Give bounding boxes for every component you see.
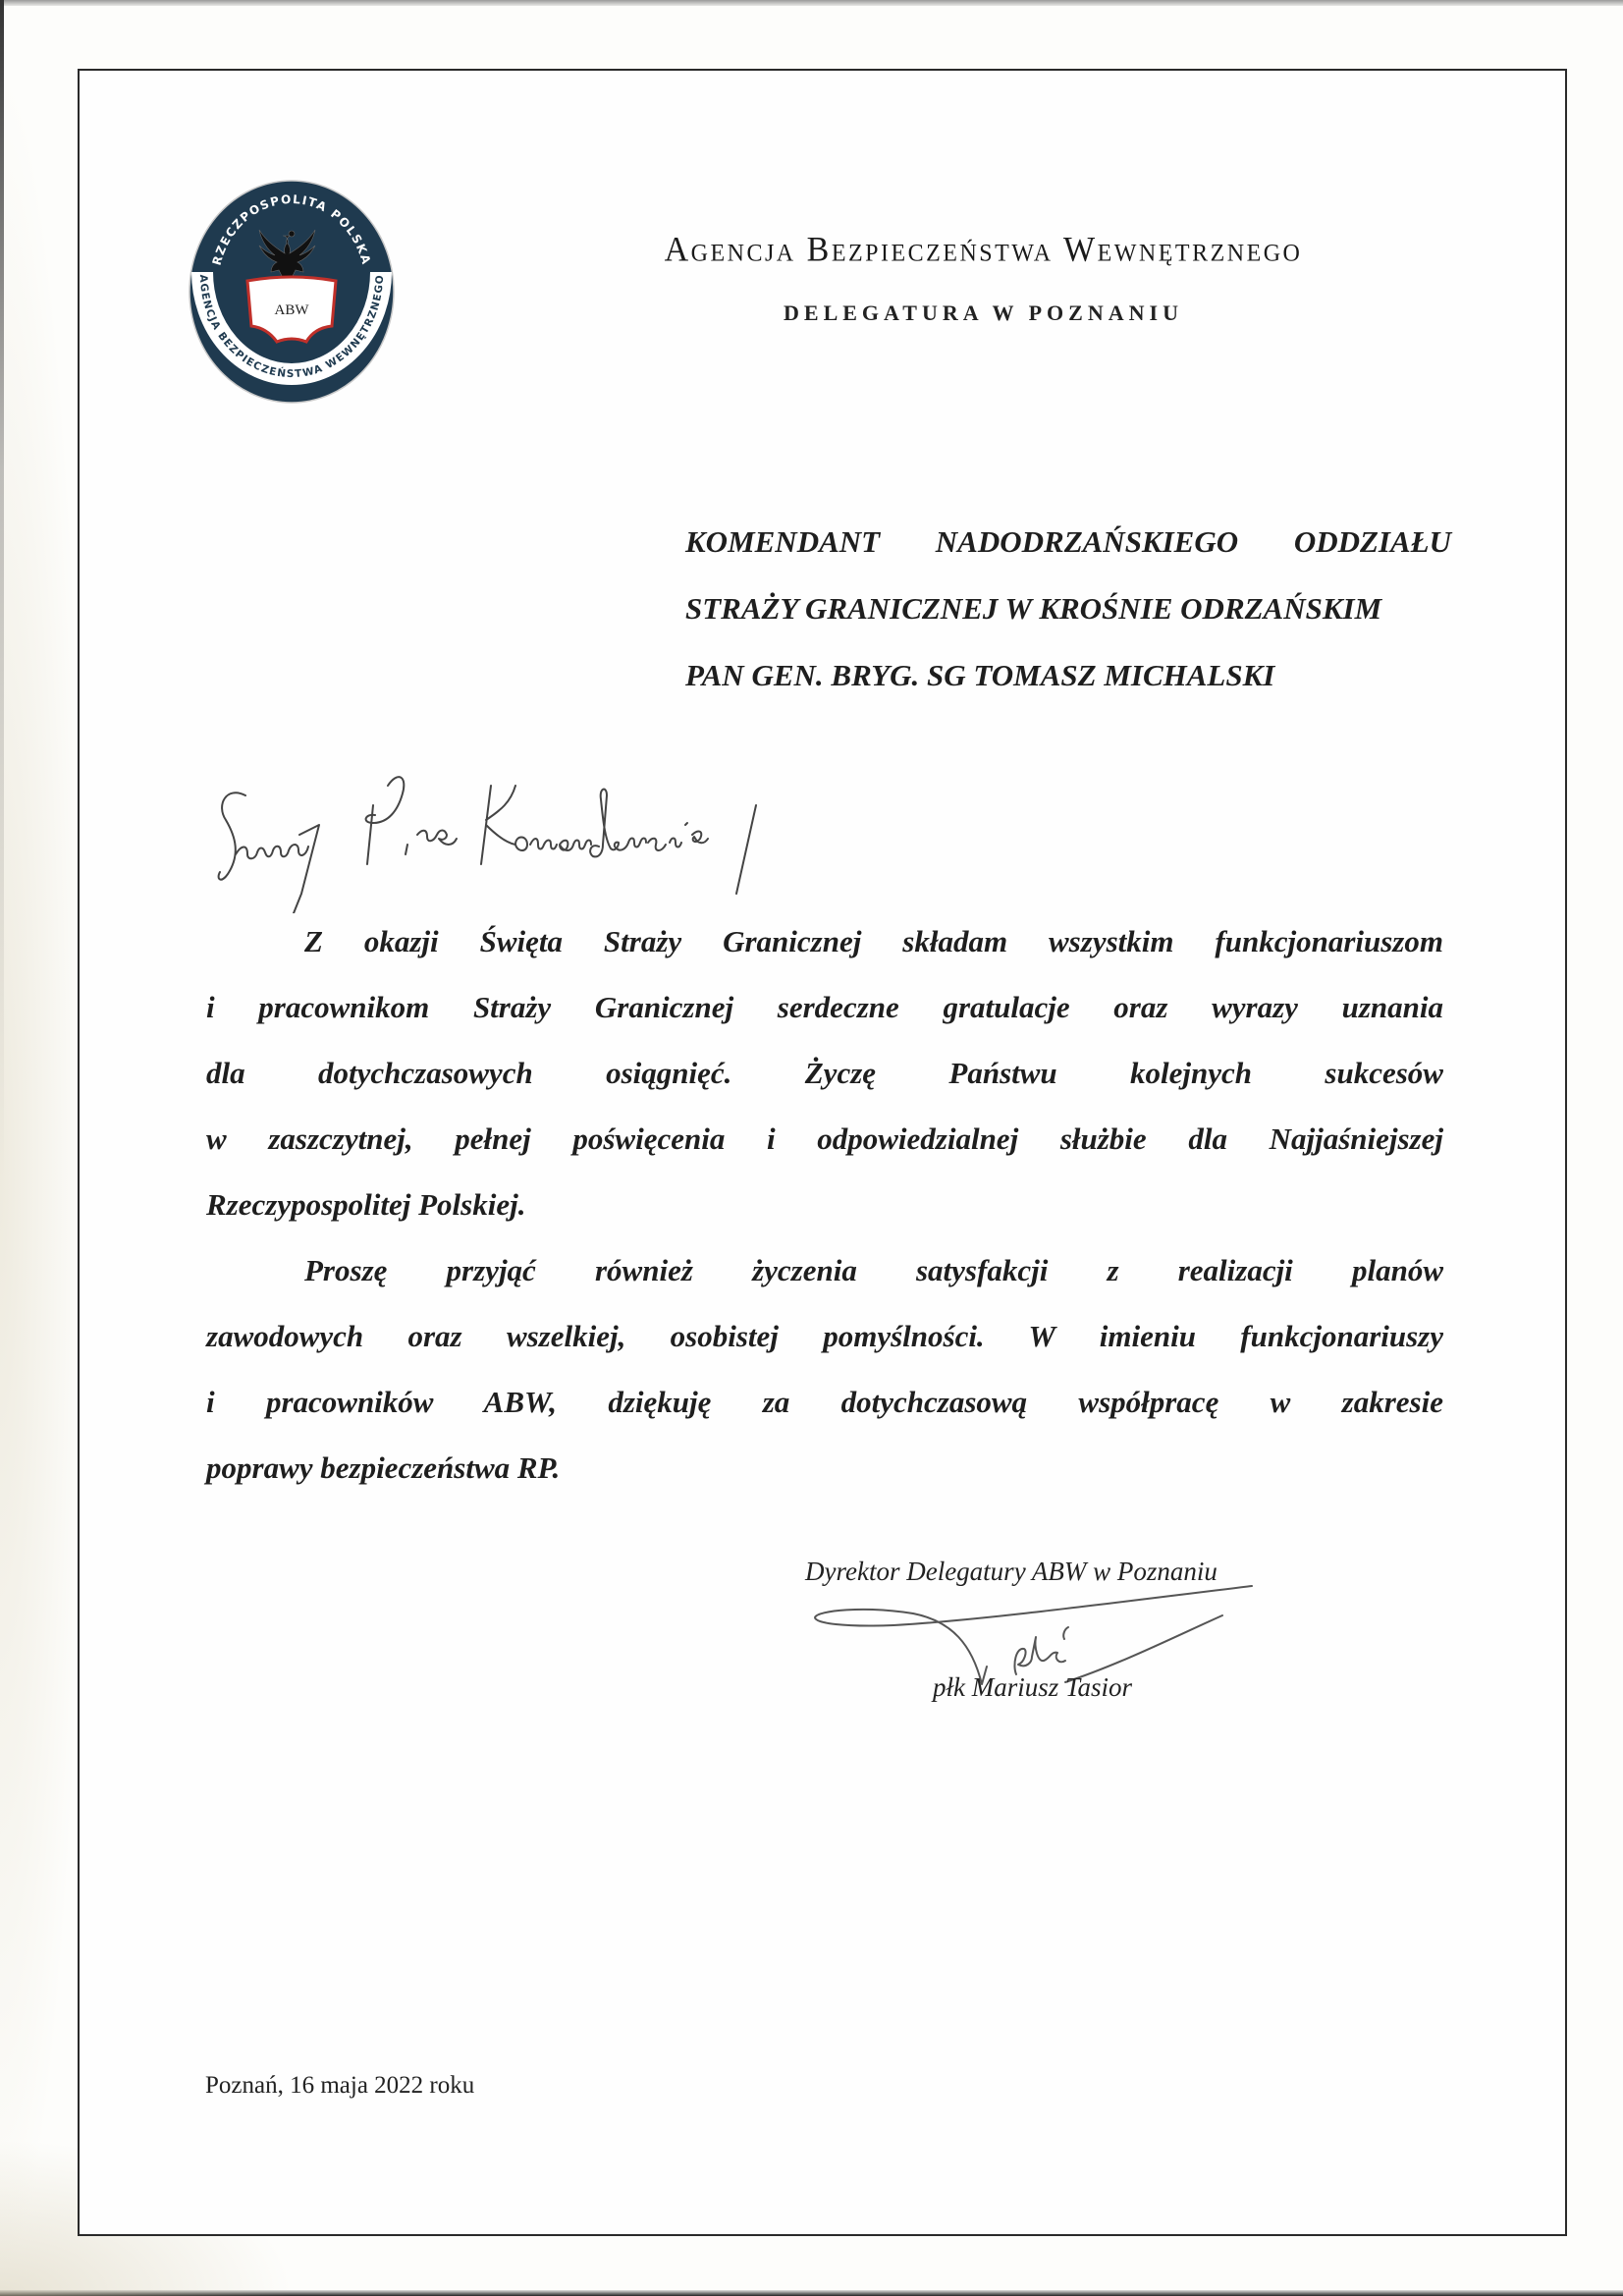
body-line: Proszę przyjąć również życzenia satysfak… [206, 1237, 1443, 1303]
paragraph-2: Proszę przyjąć również życzenia satysfak… [206, 1237, 1443, 1501]
body-line: i pracownikom Straży Granicznej serdeczn… [206, 974, 1443, 1040]
scan-edge [0, 0, 1623, 6]
body-line: Rzeczypospolitej Polskiej. [206, 1172, 1443, 1237]
body-line: dla dotychczasowych osiągnięć. Życzę Pań… [206, 1040, 1443, 1106]
body-line: poprawy bezpieczeństwa RP. [206, 1435, 1443, 1501]
letter-body: Z okazji Święta Straży Granicznej składa… [206, 908, 1443, 1501]
addressee-block: KOMENDANT NADODRZAŃSKIEGO ODDZIAŁU STRAŻ… [685, 509, 1451, 709]
body-line: w zaszczytnej, pełnej poświęcenia i odpo… [206, 1106, 1443, 1172]
body-line: Z okazji Święta Straży Granicznej składa… [206, 908, 1443, 974]
signatory-name: płk Mariusz Tasior [933, 1672, 1132, 1703]
abw-emblem-logo: RZECZPOSPOLITA POLSKA AGENCJA BEZPIECZEŃ… [189, 179, 395, 405]
signature-block: Dyrektor Delegatury ABW w Poznaniu płk M… [805, 1557, 1355, 1714]
addressee-line: KOMENDANT NADODRZAŃSKIEGO ODDZIAŁU [685, 509, 1451, 575]
addressee-line: PAN GEN. BRYG. SG TOMASZ MICHALSKI [685, 642, 1451, 709]
addressee-line: STRAŻY GRANICZNEJ W KROŚNIE ODRZAŃSKIM [685, 575, 1451, 642]
place-and-date: Poznań, 16 maja 2022 roku [205, 2072, 474, 2100]
handwritten-salutation: Szanowny Panie Komendancie, [206, 766, 1267, 913]
agency-name-heading: Agencja Bezpieczeństwa Wewnętrznego [0, 231, 1623, 270]
agency-name: Agencja Bezpieczeństwa Wewnętrznego [321, 231, 1303, 270]
delegation-subheading: DELEGATURA W POZNANIU [0, 301, 1623, 326]
paper-texture [0, 59, 88, 2296]
body-line: zawodowych oraz wszelkiej, osobistej pom… [206, 1303, 1443, 1369]
body-line: i pracowników ABW, dziękuję za dotychcza… [206, 1369, 1443, 1435]
paragraph-1: Z okazji Święta Straży Granicznej składa… [206, 908, 1443, 1237]
